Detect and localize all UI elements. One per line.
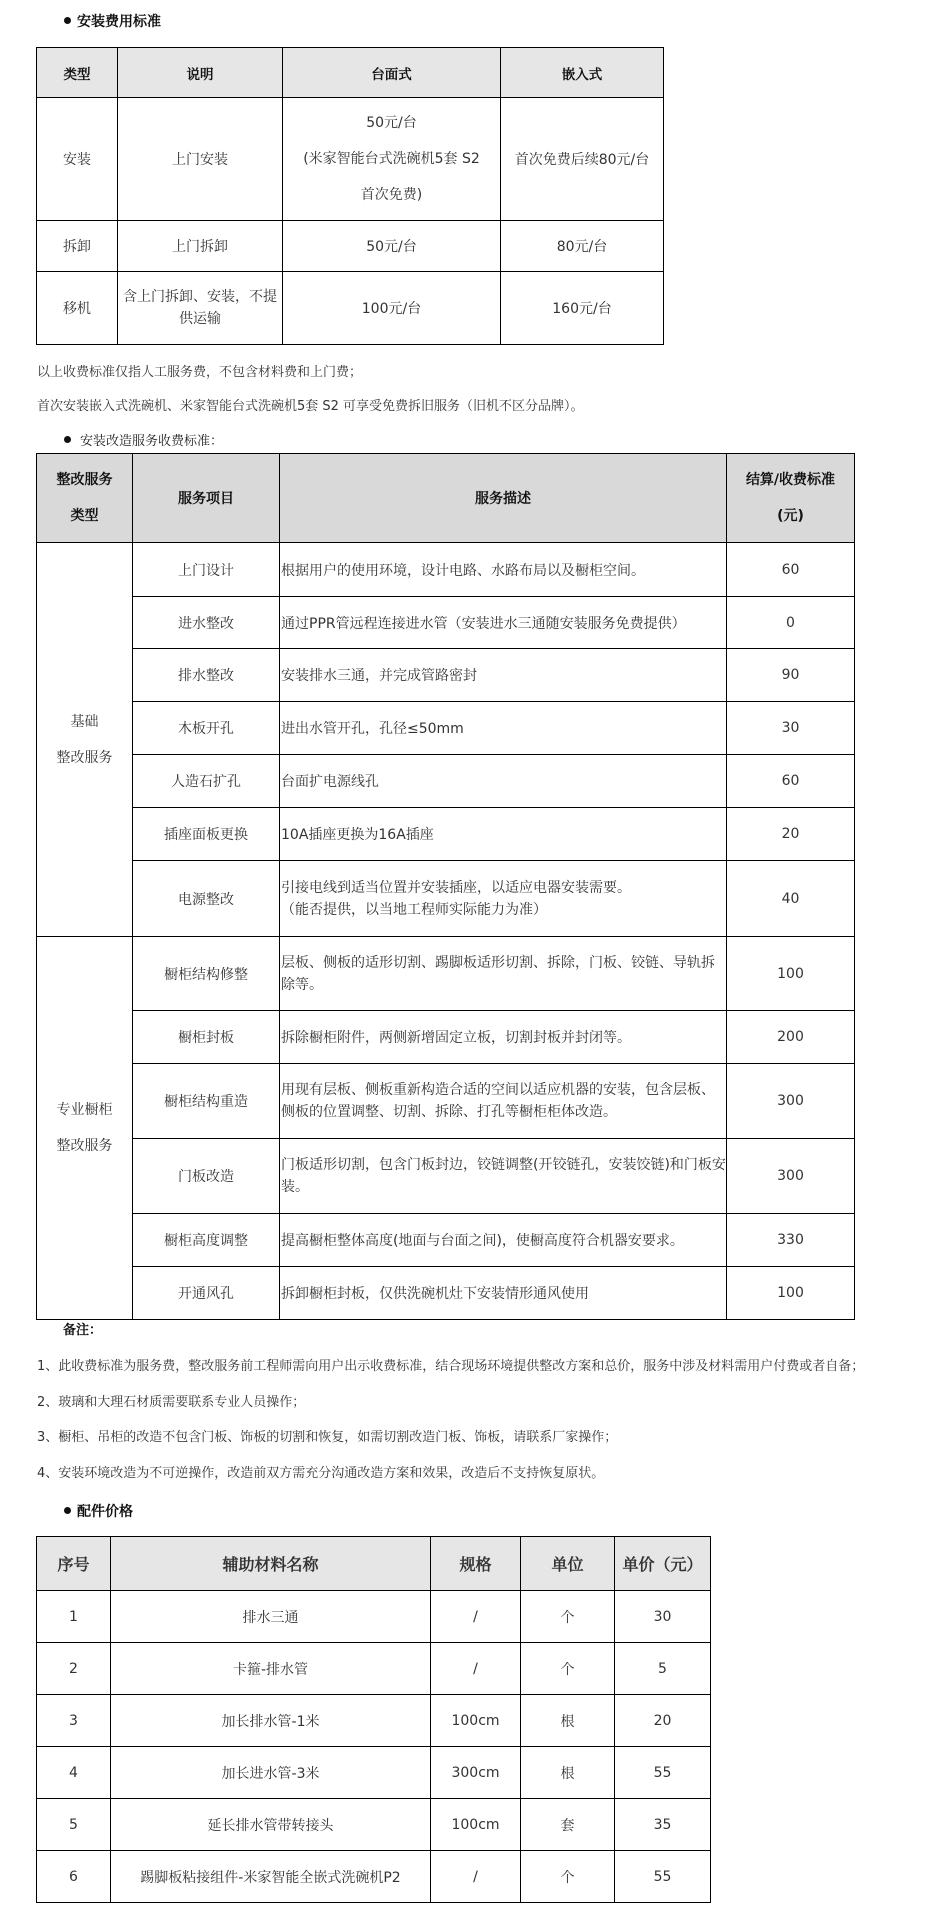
install-fee-table: 类型 说明 台面式 嵌入式 安装 上门安装 50元/台 (米家智能台式洗碗机5套…	[36, 47, 664, 345]
install-fee-note: 以上收费标准仅指人工服务费，不包含材料费和上门费；	[37, 364, 362, 382]
cell-spec: 100cm	[431, 1799, 521, 1851]
remark-item: 3、橱柜、吊柜的改造不包含门板、饰板的切割和恢复，如需切割改造门板、饰板，请联系…	[37, 1429, 617, 1447]
cell-price: 100	[727, 937, 855, 1011]
cell-price: 100	[727, 1267, 855, 1320]
table-row: 排水整改 安装排水三通，并完成管路密封 90	[37, 649, 855, 702]
cell-item: 人造石扩孔	[133, 755, 280, 808]
cell-price: 55	[615, 1851, 711, 1903]
cell-unit: 个	[521, 1643, 615, 1695]
cell-built-in: 80元/台	[501, 221, 664, 272]
remark-item: 1、此收费标准为服务费，整改服务前工程师需向用户出示收费标准，结合现场环境提供整…	[37, 1358, 864, 1376]
cell-countertop: 100元/台	[283, 272, 501, 345]
header-desc: 服务描述	[280, 454, 727, 543]
desc-line: 门板适形切割，包含门板封边，铰链调整(开铰链孔，安装饺链)和门板安	[281, 1154, 726, 1176]
cell-line: 供运输	[118, 308, 282, 330]
cell-desc: 10A插座更换为16A插座	[280, 808, 727, 861]
cell-name: 卡箍-排水管	[111, 1643, 431, 1695]
cell-countertop: 50元/台 (米家智能台式洗碗机5套 S2 首次免费)	[283, 98, 501, 221]
cell-unit: 根	[521, 1695, 615, 1747]
header-line: 类型	[37, 498, 132, 534]
cell-price: 40	[727, 861, 855, 937]
cell-type: 移机	[37, 272, 118, 345]
cell-desc: 上门拆卸	[118, 221, 283, 272]
cell-price: 300	[727, 1139, 855, 1214]
header-countertop: 台面式	[283, 48, 501, 98]
header-line: (元)	[727, 498, 854, 534]
group-cell-cabinet: 专业橱柜 整改服务	[37, 937, 133, 1320]
cell-desc: 引接电线到适当位置并安装插座，以适应电器安装需要。 （能否提供，以当地工程师实际…	[280, 861, 727, 937]
table-header-row: 序号 辅助材料名称 规格 单位 单价（元）	[37, 1537, 711, 1591]
cell-spec: /	[431, 1591, 521, 1643]
table-row: 基础 整改服务 上门设计 根据用户的使用环境，设计电路、水路布局以及橱柜空间。 …	[37, 543, 855, 597]
desc-line: 层板、侧板的适形切割、踢脚板适形切割、拆除，门板、铰链、导轨拆	[281, 952, 726, 974]
cell-desc: 台面扩电源线孔	[280, 755, 727, 808]
header-no: 序号	[37, 1537, 111, 1591]
section-title-text: 安装费用标准	[77, 14, 161, 30]
cell-name: 排水三通	[111, 1591, 431, 1643]
cell-spec: /	[431, 1851, 521, 1903]
cell-no: 2	[37, 1643, 111, 1695]
cell-item: 电源整改	[133, 861, 280, 937]
cell-price: 30	[727, 702, 855, 755]
accessories-table: 序号 辅助材料名称 规格 单位 单价（元） 1 排水三通 / 个 30 2 卡箍…	[36, 1536, 711, 1903]
header-name: 辅助材料名称	[111, 1537, 431, 1591]
table-header-row: 整改服务 类型 服务项目 服务描述 结算/收费标准 (元)	[37, 454, 855, 543]
table-row: 橱柜高度调整 提高橱柜整体高度(地面与台面之间)，使橱高度符合机器安要求。 33…	[37, 1214, 855, 1267]
cell-spec: 300cm	[431, 1747, 521, 1799]
cell-no: 6	[37, 1851, 111, 1903]
cell-built-in: 160元/台	[501, 272, 664, 345]
cell-type: 拆卸	[37, 221, 118, 272]
cell-line: 含上门拆卸、安装，不提	[118, 286, 282, 308]
cell-name: 加长进水管-3米	[111, 1747, 431, 1799]
header-built-in: 嵌入式	[501, 48, 664, 98]
cell-name: 踢脚板粘接组件-米家智能全嵌式洗碗机P2	[111, 1851, 431, 1903]
cell-price: 55	[615, 1747, 711, 1799]
table-row: 移机 含上门拆卸、安装，不提 供运输 100元/台 160元/台	[37, 272, 664, 345]
cell-no: 3	[37, 1695, 111, 1747]
cell-price: 35	[615, 1799, 711, 1851]
install-fee-note: 首次安装嵌入式洗碗机、米家智能台式洗碗机5套 S2 可享受免费拆旧服务（旧机不区…	[37, 398, 584, 416]
cell-desc: 通过PPR管远程连接进水管（安装进水三通随安装服务免费提供）	[280, 597, 727, 649]
table-row: 橱柜结构重造 用现有层板、侧板重新构造合适的空间以适应机器的安装，包含层板、 侧…	[37, 1064, 855, 1139]
cell-desc: 进出水管开孔，孔径≤50mm	[280, 702, 727, 755]
cell-desc: 层板、侧板的适形切割、踢脚板适形切割、拆除，门板、铰链、导轨拆 除等。	[280, 937, 727, 1011]
cell-desc: 拆卸橱柜封板，仅供洗碗机灶下安装情形通风使用	[280, 1267, 727, 1320]
bullet-icon	[64, 1507, 71, 1514]
table-row: 插座面板更换 10A插座更换为16A插座 20	[37, 808, 855, 861]
desc-line: 用现有层板、侧板重新构造合适的空间以适应机器的安装，包含层板、	[281, 1079, 726, 1101]
cell-item: 开通风孔	[133, 1267, 280, 1320]
header-line: 结算/收费标准	[727, 462, 854, 498]
section-title-text: 安装改造服务收费标准：	[80, 434, 223, 449]
cell-unit: 个	[521, 1851, 615, 1903]
header-desc: 说明	[118, 48, 283, 98]
cell-item: 木板开孔	[133, 702, 280, 755]
desc-line: 引接电线到适当位置并安装插座，以适应电器安装需要。	[281, 877, 726, 899]
section-title-text: 配件价格	[77, 1504, 133, 1520]
cell-built-in: 首次免费后续80元/台	[501, 98, 664, 221]
cell-desc: 安装排水三通，并完成管路密封	[280, 649, 727, 702]
cell-item: 橱柜高度调整	[133, 1214, 280, 1267]
cell-item: 橱柜封板	[133, 1011, 280, 1064]
cell-price: 300	[727, 1064, 855, 1139]
cell-price: 30	[615, 1591, 711, 1643]
cell-price: 20	[727, 808, 855, 861]
cell-item: 橱柜结构修整	[133, 937, 280, 1011]
table-row: 拆卸 上门拆卸 50元/台 80元/台	[37, 221, 664, 272]
bullet-icon	[64, 436, 71, 443]
table-header-row: 类型 说明 台面式 嵌入式	[37, 48, 664, 98]
group-line: 基础	[37, 704, 132, 740]
cell-name: 延长排水管带转接头	[111, 1799, 431, 1851]
cell-item: 上门设计	[133, 543, 280, 597]
table-row: 专业橱柜 整改服务 橱柜结构修整 层板、侧板的适形切割、踢脚板适形切割、拆除，门…	[37, 937, 855, 1011]
cell-desc: 拆除橱柜附件，两侧新增固定立板，切割封板并封闭等。	[280, 1011, 727, 1064]
table-row: 4 加长进水管-3米 300cm 根 55	[37, 1747, 711, 1799]
desc-line: （能否提供，以当地工程师实际能力为准）	[281, 899, 726, 921]
cell-no: 4	[37, 1747, 111, 1799]
cell-desc: 上门安装	[118, 98, 283, 221]
cell-item: 进水整改	[133, 597, 280, 649]
cell-line: (米家智能台式洗碗机5套 S2	[283, 141, 500, 177]
table-row: 进水整改 通过PPR管远程连接进水管（安装进水三通随安装服务免费提供） 0	[37, 597, 855, 649]
header-line: 整改服务	[37, 462, 132, 498]
header-unit: 单位	[521, 1537, 615, 1591]
header-price: 单价（元）	[615, 1537, 711, 1591]
desc-line: 装。	[281, 1176, 726, 1198]
cell-type: 安装	[37, 98, 118, 221]
table-row: 3 加长排水管-1米 100cm 根 20	[37, 1695, 711, 1747]
header-type: 整改服务 类型	[37, 454, 133, 543]
cell-desc: 提高橱柜整体高度(地面与台面之间)，使橱高度符合机器安要求。	[280, 1214, 727, 1267]
table-row: 安装 上门安装 50元/台 (米家智能台式洗碗机5套 S2 首次免费) 首次免费…	[37, 98, 664, 221]
bullet-icon	[64, 17, 71, 24]
cell-spec: 100cm	[431, 1695, 521, 1747]
table-row: 2 卡箍-排水管 / 个 5	[37, 1643, 711, 1695]
cell-no: 1	[37, 1591, 111, 1643]
header-price: 结算/收费标准 (元)	[727, 454, 855, 543]
cell-desc: 含上门拆卸、安装，不提 供运输	[118, 272, 283, 345]
header-spec: 规格	[431, 1537, 521, 1591]
cell-no: 5	[37, 1799, 111, 1851]
cell-line: 首次免费)	[283, 177, 500, 213]
cell-unit: 套	[521, 1799, 615, 1851]
header-type: 类型	[37, 48, 118, 98]
cell-name: 加长排水管-1米	[111, 1695, 431, 1747]
table-row: 橱柜封板 拆除橱柜附件，两侧新增固定立板，切割封板并封闭等。 200	[37, 1011, 855, 1064]
group-line: 专业橱柜	[37, 1092, 132, 1128]
table-row: 1 排水三通 / 个 30	[37, 1591, 711, 1643]
table-row: 开通风孔 拆卸橱柜封板，仅供洗碗机灶下安装情形通风使用 100	[37, 1267, 855, 1320]
cell-price: 200	[727, 1011, 855, 1064]
group-line: 整改服务	[37, 740, 132, 776]
cell-price: 20	[615, 1695, 711, 1747]
cell-desc: 用现有层板、侧板重新构造合适的空间以适应机器的安装，包含层板、 侧板的位置调整、…	[280, 1064, 727, 1139]
remarks-heading: 备注：	[63, 1322, 102, 1340]
cell-item: 排水整改	[133, 649, 280, 702]
remark-item: 4、安装环境改造为不可逆操作，改造前双方需充分沟通改造方案和效果，改造后不支持恢…	[37, 1465, 604, 1483]
table-row: 木板开孔 进出水管开孔，孔径≤50mm 30	[37, 702, 855, 755]
desc-line: 除等。	[281, 974, 726, 996]
cell-item: 橱柜结构重造	[133, 1064, 280, 1139]
cell-price: 60	[727, 755, 855, 808]
cell-spec: /	[431, 1643, 521, 1695]
table-row: 5 延长排水管带转接头 100cm 套 35	[37, 1799, 711, 1851]
cell-price: 330	[727, 1214, 855, 1267]
cell-unit: 个	[521, 1591, 615, 1643]
section-title-install-fee: 安装费用标准	[64, 13, 161, 31]
cell-unit: 根	[521, 1747, 615, 1799]
cell-desc: 门板适形切割，包含门板封边，铰链调整(开铰链孔，安装饺链)和门板安 装。	[280, 1139, 727, 1214]
cell-line: 50元/台	[283, 105, 500, 141]
table-row: 6 踢脚板粘接组件-米家智能全嵌式洗碗机P2 / 个 55	[37, 1851, 711, 1903]
cell-countertop: 50元/台	[283, 221, 501, 272]
table-row: 电源整改 引接电线到适当位置并安装插座，以适应电器安装需要。 （能否提供，以当地…	[37, 861, 855, 937]
cell-price: 5	[615, 1643, 711, 1695]
table-row: 门板改造 门板适形切割，包含门板封边，铰链调整(开铰链孔，安装饺链)和门板安 装…	[37, 1139, 855, 1214]
cell-price: 60	[727, 543, 855, 597]
desc-line: 侧板的位置调整、切割、拆除、打孔等橱柜柜体改造。	[281, 1101, 726, 1123]
table-row: 人造石扩孔 台面扩电源线孔 60	[37, 755, 855, 808]
group-line: 整改服务	[37, 1128, 132, 1164]
cell-desc: 根据用户的使用环境，设计电路、水路布局以及橱柜空间。	[280, 543, 727, 597]
header-item: 服务项目	[133, 454, 280, 543]
remark-item: 2、玻璃和大理石材质需要联系专业人员操作；	[37, 1394, 305, 1412]
cell-item: 门板改造	[133, 1139, 280, 1214]
section-title-renovation-fee: 安装改造服务收费标准：	[64, 433, 223, 451]
cell-price: 90	[727, 649, 855, 702]
cell-item: 插座面板更换	[133, 808, 280, 861]
group-cell-basic: 基础 整改服务	[37, 543, 133, 937]
cell-price: 0	[727, 597, 855, 649]
renovation-fee-table: 整改服务 类型 服务项目 服务描述 结算/收费标准 (元) 基础 整改服务 上门…	[36, 453, 855, 1320]
section-title-accessories: 配件价格	[64, 1503, 133, 1521]
